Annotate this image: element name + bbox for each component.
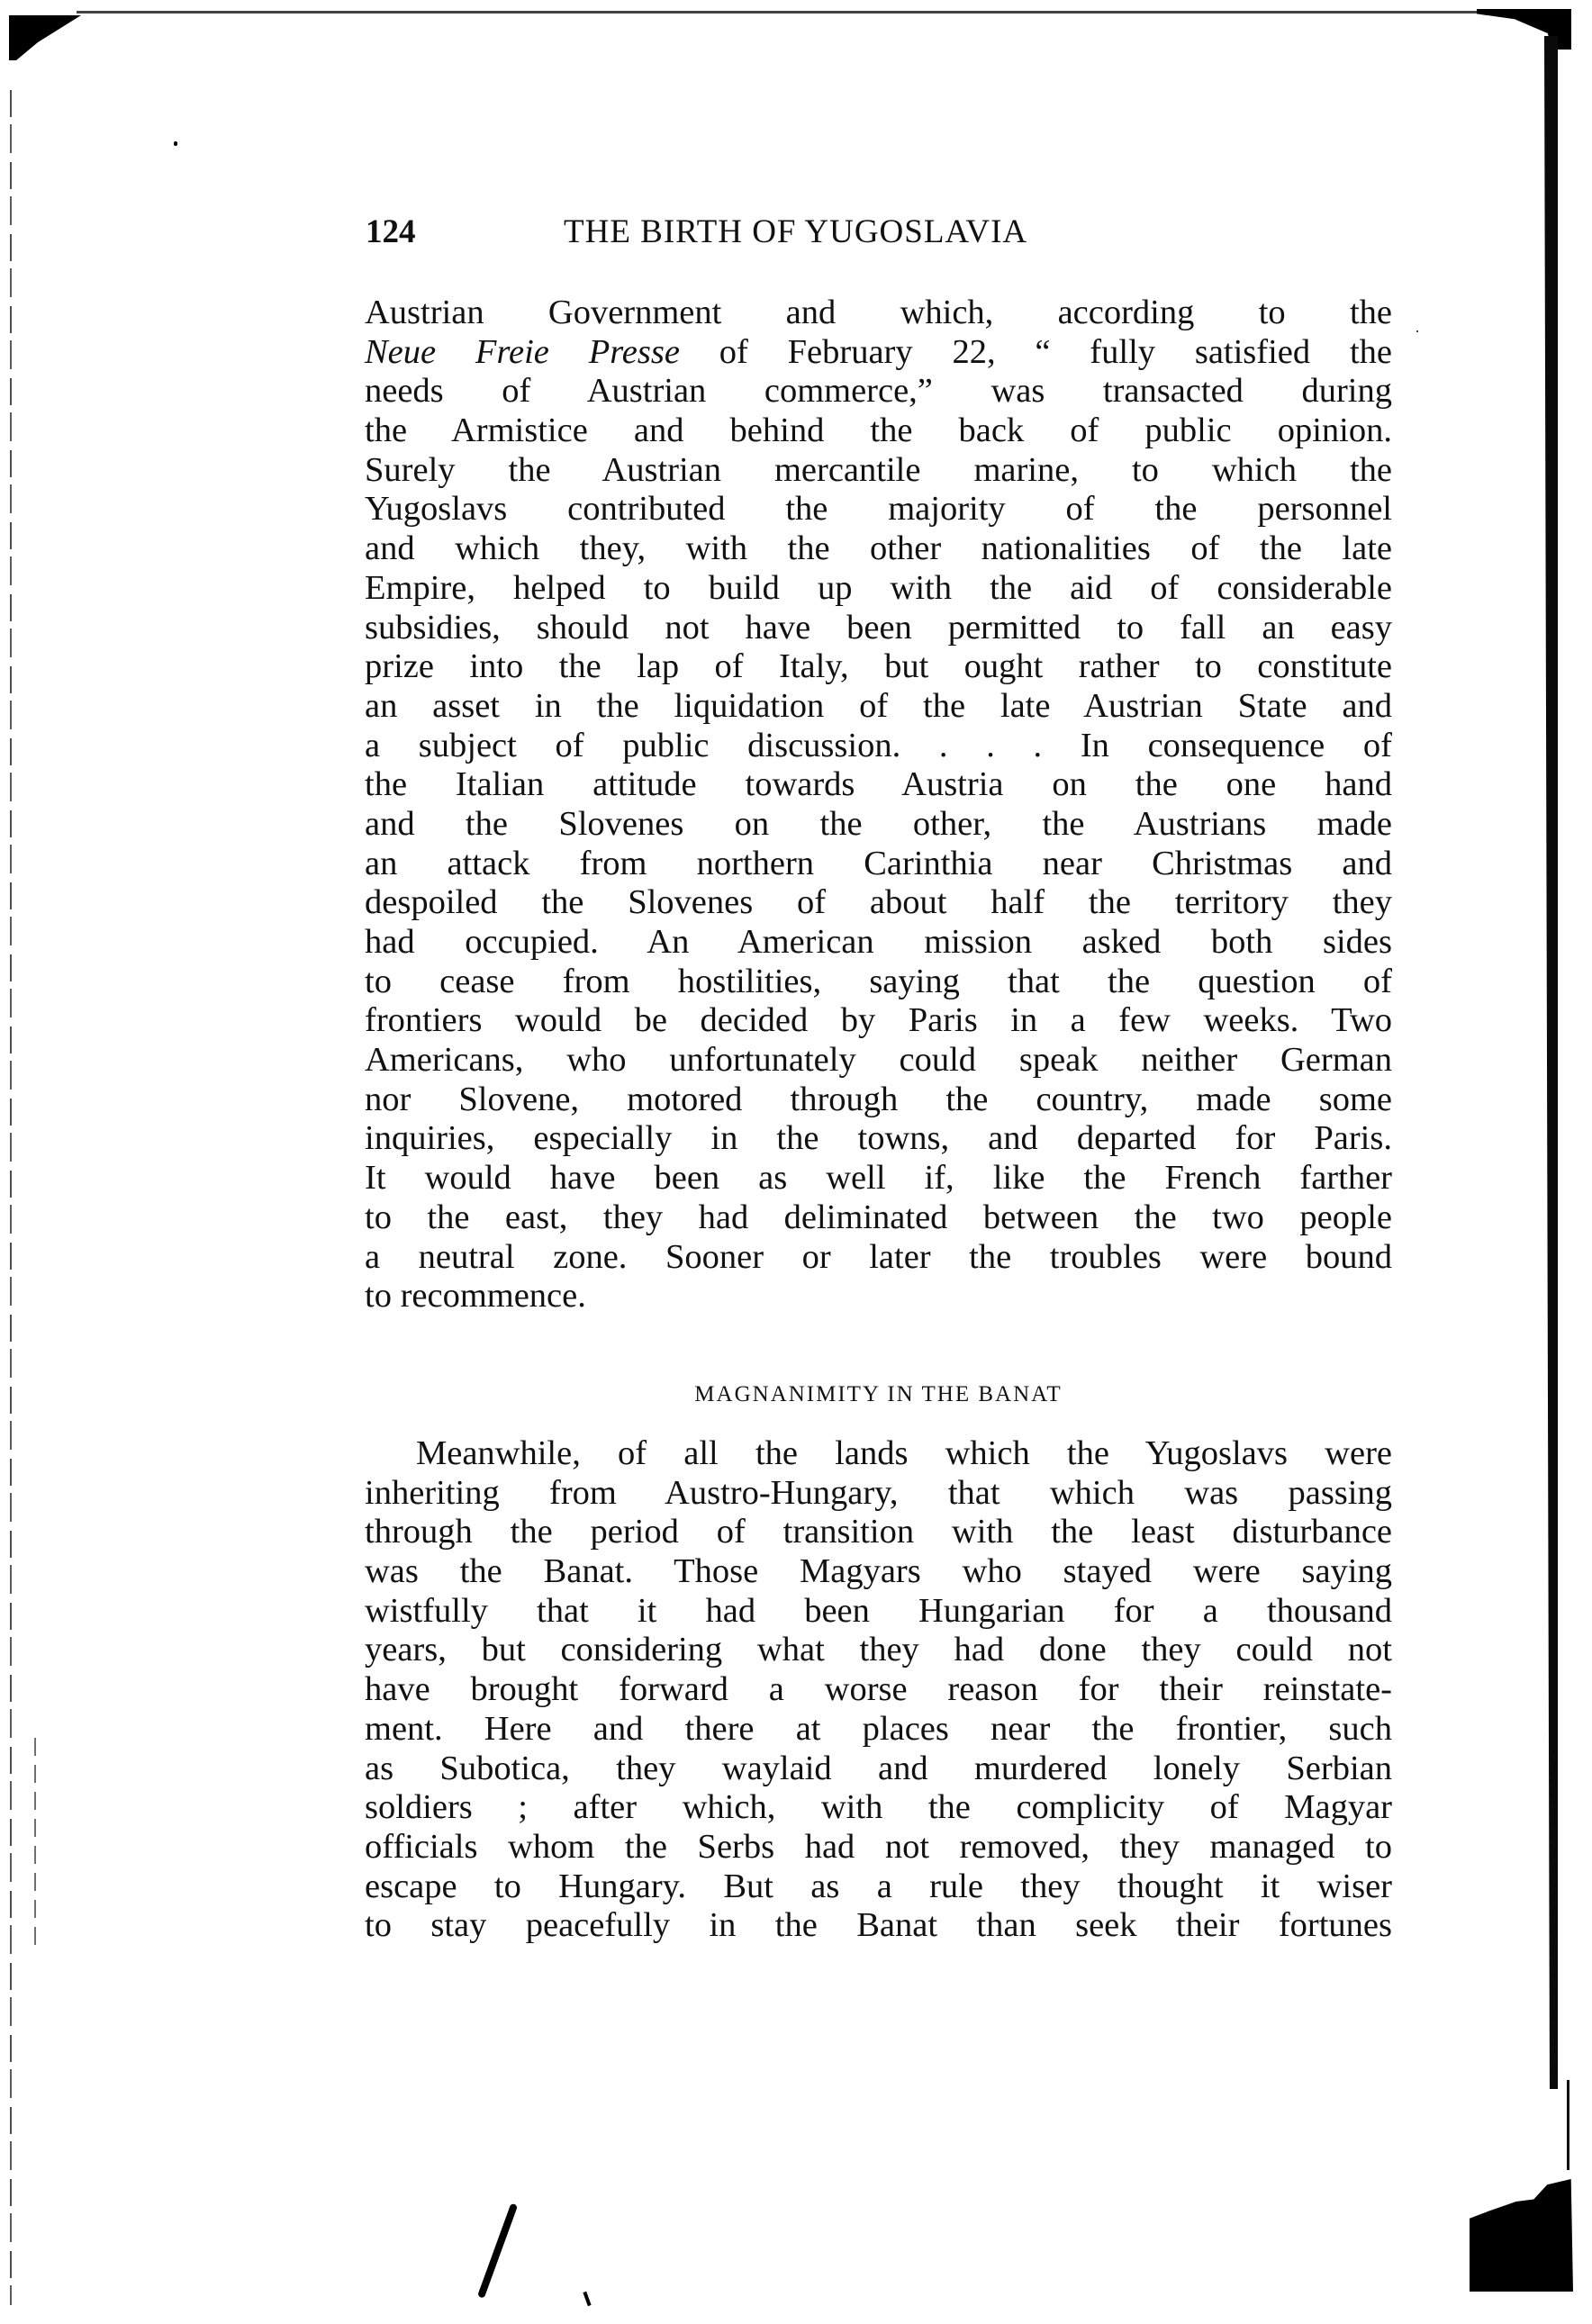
pencil-mark — [477, 2203, 518, 2299]
text-line: subsidies, should not have been permitte… — [365, 609, 1392, 648]
text-line: officials whom the Serbs had not removed… — [365, 1828, 1392, 1867]
text-line: the Armistice and behind the back of pub… — [365, 411, 1392, 451]
text-line: needs of Austrian commerce,” was transac… — [365, 372, 1392, 411]
text-line: to the east, they had deliminated betwee… — [365, 1198, 1392, 1238]
scan-edge-right-lower — [1567, 2080, 1569, 2170]
text-line: nor Slovene, motored through the country… — [365, 1081, 1392, 1120]
text-line: frontiers would be decided by Paris in a… — [365, 1001, 1392, 1041]
text-line: was the Banat. Those Magyars who stayed … — [365, 1552, 1392, 1592]
text-line: escape to Hungary. But as a rule they th… — [365, 1867, 1392, 1907]
text-line: a subject of public discussion. . . . In… — [365, 727, 1392, 766]
scan-edge-right — [1544, 36, 1558, 2089]
text-line: years, but considering what they had don… — [365, 1631, 1392, 1670]
text-line: Empire, helped to build up with the aid … — [365, 569, 1392, 609]
text-line: as Subotica, they waylaid and murdered l… — [365, 1750, 1392, 1789]
text-line: a neutral zone. Sooner or later the trou… — [365, 1238, 1392, 1278]
text-line: despoiled the Slovenes of about half the… — [365, 883, 1392, 923]
text-line: wistfully that it had been Hungarian for… — [365, 1592, 1392, 1632]
paragraph-2: Meanwhile, of all the lands which the Yu… — [365, 1434, 1392, 1946]
book-title: THE BIRTH OF YUGOSLAVIA — [564, 213, 1027, 252]
scan-blot-bottom-right — [1470, 2179, 1573, 2292]
page-number: 124 — [366, 213, 416, 252]
text-line: had occupied. An American mission asked … — [365, 923, 1392, 963]
text-line: inheriting from Austro-Hungary, that whi… — [365, 1474, 1392, 1514]
text-line: the Italian attitude towards Austria on … — [365, 765, 1392, 805]
text-line: an attack from northern Carinthia near C… — [365, 845, 1392, 884]
text-line: Neue Freie Presse of February 22, “ full… — [365, 333, 1392, 373]
text-line: soldiers ; after which, with the complic… — [365, 1788, 1392, 1828]
text-line: an asset in the liquidation of the late … — [365, 687, 1392, 727]
pencil-tick — [583, 2292, 591, 2306]
text-line: and which they, with the other nationali… — [365, 529, 1392, 569]
speck — [174, 141, 177, 146]
text-line-rest: of February 22, “ fully satisfied the — [680, 333, 1392, 371]
text-line: Meanwhile, of all the lands which the Yu… — [365, 1434, 1392, 1474]
speck — [1416, 330, 1418, 332]
text-line: Surely the Austrian mercantile marine, t… — [365, 451, 1392, 491]
text-line: to recommence. — [365, 1277, 1392, 1316]
scan-corner-top-left — [9, 15, 81, 60]
running-head: 124 THE BIRTH OF YUGOSLAVIA — [366, 213, 1392, 252]
text-line: inquiries, especially in the towns, and … — [365, 1119, 1392, 1159]
text-line: Austrian Government and which, according… — [365, 294, 1392, 333]
scan-edge-top — [77, 11, 1481, 14]
text-line: to cease from hostilities, saying that t… — [365, 963, 1392, 1002]
section-heading: MAGNANIMITY IN THE BANAT — [365, 1379, 1392, 1410]
text-line: It would have been as well if, like the … — [365, 1159, 1392, 1198]
italic-newspaper-title: Neue Freie Presse — [365, 333, 680, 371]
scan-edge-left-inner — [34, 1738, 36, 1954]
text-line: have brought forward a worse reason for … — [365, 1670, 1392, 1710]
text-line: Americans, who unfortunately could speak… — [365, 1041, 1392, 1081]
text-line: ment. Here and there at places near the … — [365, 1710, 1392, 1750]
scan-edge-left — [10, 90, 12, 2305]
text-line: to stay peacefully in the Banat than see… — [365, 1906, 1392, 1946]
text-line: prize into the lap of Italy, but ought r… — [365, 647, 1392, 687]
text-line: through the period of transition with th… — [365, 1513, 1392, 1552]
text-line: and the Slovenes on the other, the Austr… — [365, 805, 1392, 845]
text-line: Yugoslavs contributed the majority of th… — [365, 490, 1392, 529]
book-page: 124 THE BIRTH OF YUGOSLAVIA Austrian Gov… — [0, 0, 1592, 2324]
paragraph-1: Austrian Government and which, according… — [365, 294, 1392, 1316]
